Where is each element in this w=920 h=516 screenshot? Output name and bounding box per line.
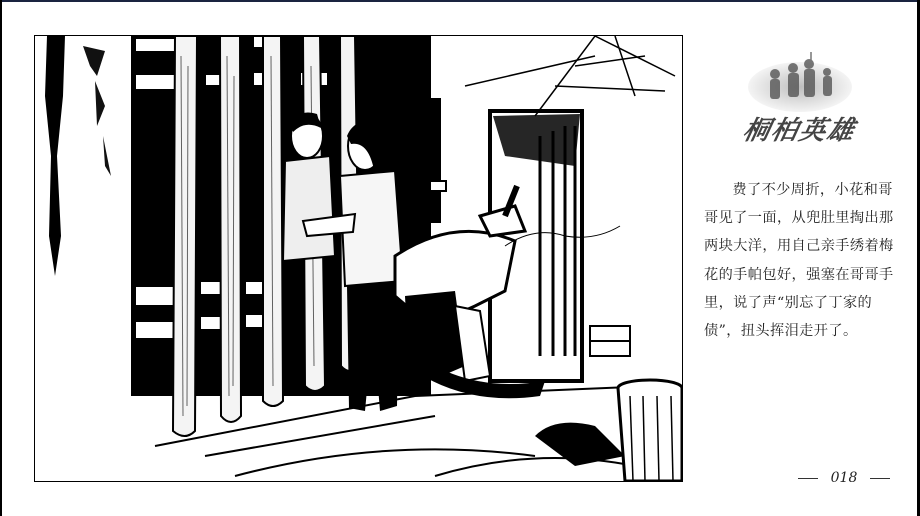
left-page-edge <box>0 0 2 516</box>
page-number: 018 <box>798 468 890 488</box>
illustration-drawing <box>35 36 682 481</box>
series-logo: 桐柏英雄 <box>735 52 865 147</box>
dash-right <box>870 478 890 479</box>
series-title: 桐柏英雄 <box>731 110 869 147</box>
page-caption: 费了不少周折，小花和哥哥见了一面，从兜肚里掏出那两块大洋，用自己亲手绣着梅花的手… <box>704 176 894 345</box>
top-border <box>0 0 920 2</box>
comic-illustration <box>34 35 683 482</box>
page-number-value: 018 <box>831 470 858 486</box>
soldiers-vignette-icon <box>745 52 855 112</box>
dash-left <box>798 478 818 479</box>
